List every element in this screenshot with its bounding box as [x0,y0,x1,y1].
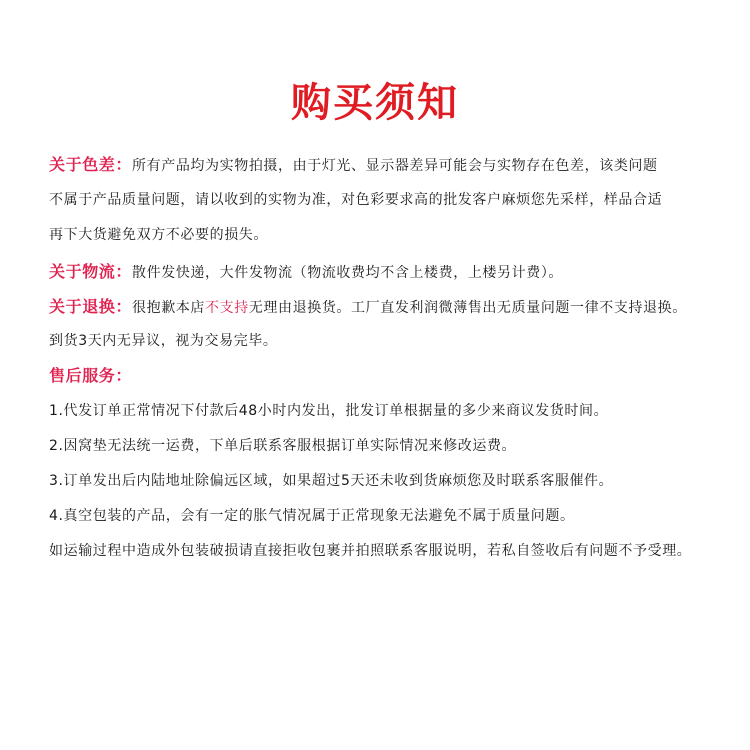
returns-line-1: 关于退换：很抱歉本店不支持无理由退换货。工厂直发利润微薄售出无质量问题一律不支持… [49,297,687,318]
color-diff-text-1: 所有产品均为实物拍摄，由于灯光、显示器差异可能会与实物存在色差，该类问题 [132,158,658,174]
after-sales-item-4: 4.真空包装的产品，会有一定的胀气情况属于正常现象无法避免不属于质量问题。 [49,506,575,526]
after-sales-note: 如运输过程中造成外包装破损请直接拒收包裹并拍照联系客服说明，若私自签收后有问题不… [49,541,691,561]
logistics-label: 关于物流： [49,262,132,281]
returns-line-2: 到货3天内无异议，视为交易完毕。 [49,331,278,351]
color-diff-label: 关于色差： [49,155,132,174]
logistics-line: 关于物流：散件发快递，大件发物流（物流收费均不含上楼费，上楼另计费）。 [49,262,563,283]
after-sales-item-2: 2.因窝垫无法统一运费，下单后联系客服根据订单实际情况来修改运费。 [49,436,516,456]
after-sales-heading: 售后服务： [49,366,132,386]
color-diff-line-1: 关于色差：所有产品均为实物拍摄，由于灯光、显示器差异可能会与实物存在色差，该类问… [49,155,658,176]
color-diff-line-3: 再下大货避免双方不必要的损失。 [49,225,268,245]
returns-text-before: 很抱歉本店 [132,300,205,316]
after-sales-item-3: 3.订单发出后内陆地址除偏远区域，如果超过5天还未收到货麻烦您及时联系客服催件。 [49,471,613,491]
color-diff-line-2: 不属于产品质量问题，请以收到的实物为准，对色彩要求高的批发客户麻烦您先采样，样品… [49,190,662,210]
page-title: 购买须知 [0,78,750,128]
returns-text-after: 无理由退换货。工厂直发利润微薄售出无质量问题一律不支持退换。 [249,300,687,316]
returns-label: 关于退换： [49,297,132,316]
returns-highlight: 不支持 [205,300,249,316]
after-sales-item-1: 1.代发订单正常情况下付款后48小时内发出，批发订单根据量的多少来商议发货时间。 [49,401,608,421]
logistics-text: 散件发快递，大件发物流（物流收费均不含上楼费，上楼另计费）。 [132,265,563,281]
